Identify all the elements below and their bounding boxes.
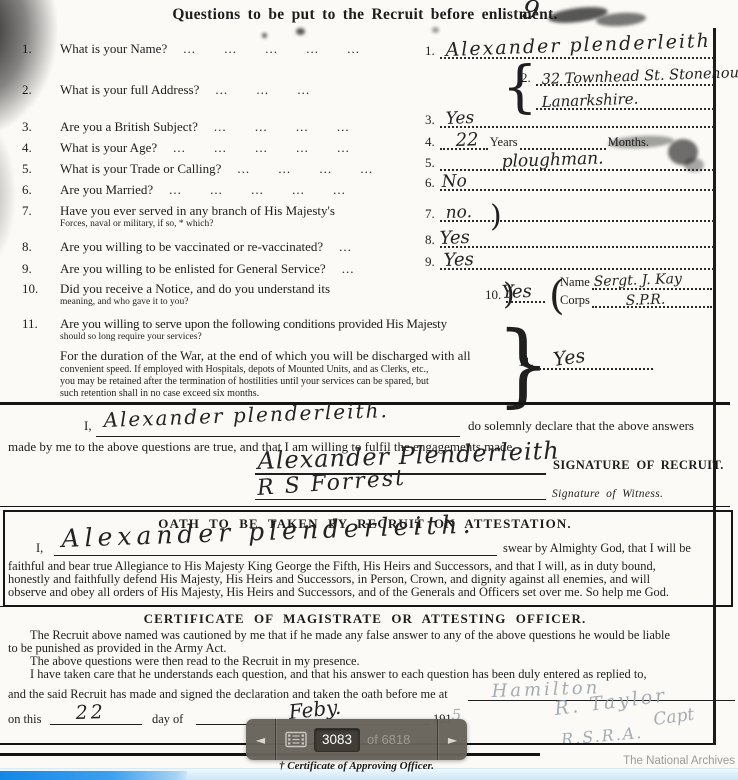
- declaration-lead: I,: [84, 418, 92, 434]
- answer-7: 7. no.: [425, 206, 714, 222]
- handwritten-address-1: 32 Townhead St. Stonehouse: [541, 65, 738, 88]
- signature-line: [96, 436, 460, 437]
- double-rule: [0, 506, 730, 507]
- divider: [275, 719, 276, 760]
- curly-brace: {: [502, 60, 538, 116]
- oath-text: swear by Almighty God, that I will be: [503, 541, 691, 556]
- answer-8: 8. Yes: [425, 232, 714, 248]
- approving-officer-footnote: † Certificate of Approving Officer.: [246, 760, 467, 772]
- document-viewer: 9 Questions to be put to the Recruit bef…: [0, 0, 738, 780]
- date-text: day of: [152, 712, 183, 727]
- question-3: 3. Are you a British Subject? ... ... ..…: [22, 119, 350, 135]
- answer-9: 9. Yes: [425, 254, 714, 270]
- answer-2-line2: Lanarkshire.: [536, 94, 714, 110]
- question-2: 2. What is your full Address? ... ... ..…: [22, 82, 310, 98]
- certificate-text: and the said Recruit has made and signed…: [8, 687, 448, 702]
- answer-6: 6. No: [425, 175, 714, 191]
- ink-speck: [262, 33, 267, 38]
- handwritten-trade: ploughman.: [501, 148, 604, 172]
- answer-10-name: Name Sergt. J. Kay: [560, 274, 712, 290]
- handwritten-address-2: Lanarkshire.: [541, 90, 638, 111]
- handwritten-yes: Yes: [445, 108, 474, 129]
- filmstrip-icon: [285, 731, 307, 748]
- filmstrip-button[interactable]: [285, 731, 307, 748]
- question-8: 8. Are you willing to be vaccinated or r…: [22, 239, 352, 255]
- question-11-paragraph: you may be retained after the terminatio…: [60, 376, 429, 387]
- ink-speck: [296, 28, 305, 35]
- question-10: 10. Did you receive a Notice, and do you…: [22, 281, 330, 307]
- handwritten-age: 22: [455, 129, 479, 151]
- handwritten-yes: Yes: [443, 249, 474, 271]
- next-page-button[interactable]: ►: [438, 733, 467, 747]
- page-number-input[interactable]: [314, 728, 360, 752]
- answer-4: 4. 22 Years Months.: [425, 134, 714, 150]
- question-11-paragraph: convenient speed. If employed with Hospi…: [60, 364, 429, 375]
- handwritten-no: no.: [445, 202, 472, 223]
- officer-rank: Capt: [652, 705, 695, 730]
- answer-2-line1: 2. 32 Townhead St. Stonehouse: [521, 70, 714, 86]
- question-4: 4. What is your Age? ... ... ... ... ...: [22, 140, 350, 156]
- answer-5: 5. ploughman.: [425, 155, 714, 171]
- oath-lead: I,: [36, 541, 43, 556]
- double-rule: [0, 606, 730, 607]
- certificate-title: CERTIFICATE OF MAGISTRATE OR ATTESTING O…: [0, 611, 730, 627]
- answer-10: 10. Yes: [485, 287, 545, 303]
- form-title: Questions to be put to the Recruit befor…: [0, 6, 730, 24]
- national-archives-watermark: The National Archives: [623, 755, 735, 767]
- ink-speck: [432, 27, 439, 33]
- question-6: 6. Are you Married? ... ... ... ... ...: [22, 182, 346, 198]
- answer-10-corps: Corps S.P.R.: [560, 292, 712, 308]
- date-text: on this: [8, 712, 41, 727]
- handwritten-no: No: [441, 171, 467, 192]
- handwritten-day: 22: [75, 701, 106, 724]
- answer-3: 3. Yes: [425, 112, 714, 128]
- page-count-label: of 6818: [367, 732, 437, 747]
- handwritten-yes: Yes: [439, 227, 470, 249]
- handwritten-notice-corps: S.P.R.: [625, 292, 665, 309]
- handwritten-notice-name: Sergt. J. Kay: [593, 271, 682, 290]
- question-7: 7. Have you ever served in any branch of…: [22, 203, 335, 229]
- officer-unit-scribble: R.S.R.A.: [560, 723, 644, 749]
- question-9: 9. Are you willing to be enlisted for Ge…: [22, 261, 354, 277]
- footer-progress-segment: [0, 771, 187, 780]
- question-11-paragraph: such retention shall in no case exceed s…: [60, 388, 259, 399]
- question-11-paragraph: For the duration of the War, at the end …: [60, 348, 471, 364]
- declaration-text: do solemnly declare that the above answe…: [468, 418, 694, 434]
- fill-in-line: [50, 724, 142, 725]
- witness-signature-label: Signature of Witness.: [552, 488, 663, 500]
- handwritten-yes: Yes: [502, 281, 533, 303]
- answer-11: 11. Yes: [518, 354, 653, 370]
- answer-1: 1. Alexander plenderleith: [425, 43, 714, 59]
- handwritten-name: Alexander plenderleith: [445, 30, 711, 61]
- oath-text: observe and obey all orders of His Majes…: [8, 585, 728, 600]
- question-11: 11. Are you willing to serve upon the fo…: [22, 316, 447, 342]
- handwritten-yes: Yes: [552, 345, 587, 371]
- question-5: 5. What is your Trade or Calling? ... ..…: [22, 161, 373, 177]
- recruit-signature-label: SIGNATURE OF RECRUIT.: [553, 458, 724, 473]
- page-navigation-bar: ◄ of 6818 ►: [246, 719, 467, 760]
- signature-line: [54, 555, 497, 556]
- previous-page-button[interactable]: ◄: [246, 733, 275, 747]
- signature-line: [255, 499, 546, 500]
- question-1: 1. What is your Name? ... ... ... ... ..…: [22, 41, 360, 57]
